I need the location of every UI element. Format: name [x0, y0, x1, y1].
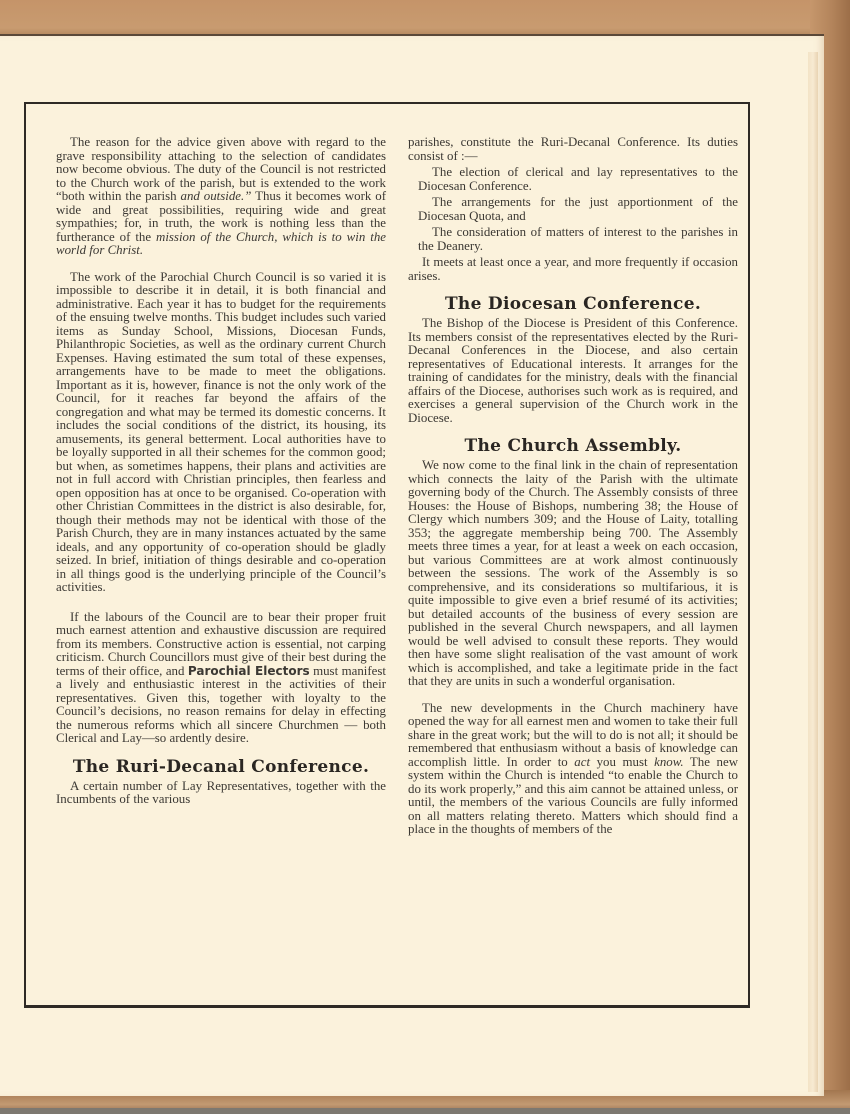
- paragraph-diocesan-conference: The Bishop of the Diocese is President o…: [408, 317, 738, 425]
- text-run: you must: [590, 755, 654, 769]
- left-column: The reason for the advice given above wi…: [56, 136, 386, 807]
- paragraph-council-labours: If the labours of the Council are to bea…: [56, 611, 386, 746]
- emphasis-text: act: [574, 755, 590, 769]
- paragraph-ruri-decanal-intro: A certain number of Lay Representatives,…: [56, 780, 386, 807]
- paragraph-new-developments: The new developments in the Church mach­…: [408, 702, 738, 837]
- duty-item-3: The consideration of matters of interest…: [408, 226, 738, 253]
- right-column: parishes, constitute the Ruri-Decanal Co…: [408, 136, 738, 837]
- heading-ruri-decanal-conference: The Ruri-Decanal Conference.: [56, 756, 386, 778]
- text-frame-bottom-rule: [24, 1005, 750, 1008]
- heading-church-assembly: The Church Assembly.: [408, 435, 738, 457]
- paragraph-ruri-decanal-cont: parishes, constitute the Ruri-Decanal Co…: [408, 136, 738, 163]
- duty-item-1: The election of clerical and lay represe…: [408, 166, 738, 193]
- emphasis-text: know.: [654, 755, 683, 769]
- paragraph-council-work: The work of the Parochial Church Council…: [56, 271, 386, 595]
- emphasis-text: and outside.”: [181, 189, 252, 203]
- scan-bottom-border: [0, 1108, 850, 1114]
- paragraph-council-duty: The reason for the advice given above wi…: [56, 136, 386, 258]
- paragraph-meeting-frequency: It meets at least once a year, and more …: [408, 256, 738, 283]
- page-stack-edge: [808, 52, 818, 1092]
- bold-text: Parochial Electors: [188, 664, 310, 678]
- paragraph-church-assembly: We now come to the final link in the cha…: [408, 459, 738, 689]
- heading-diocesan-conference: The Diocesan Conference.: [408, 293, 738, 315]
- duty-item-2: The arrangements for the just apportion­…: [408, 196, 738, 223]
